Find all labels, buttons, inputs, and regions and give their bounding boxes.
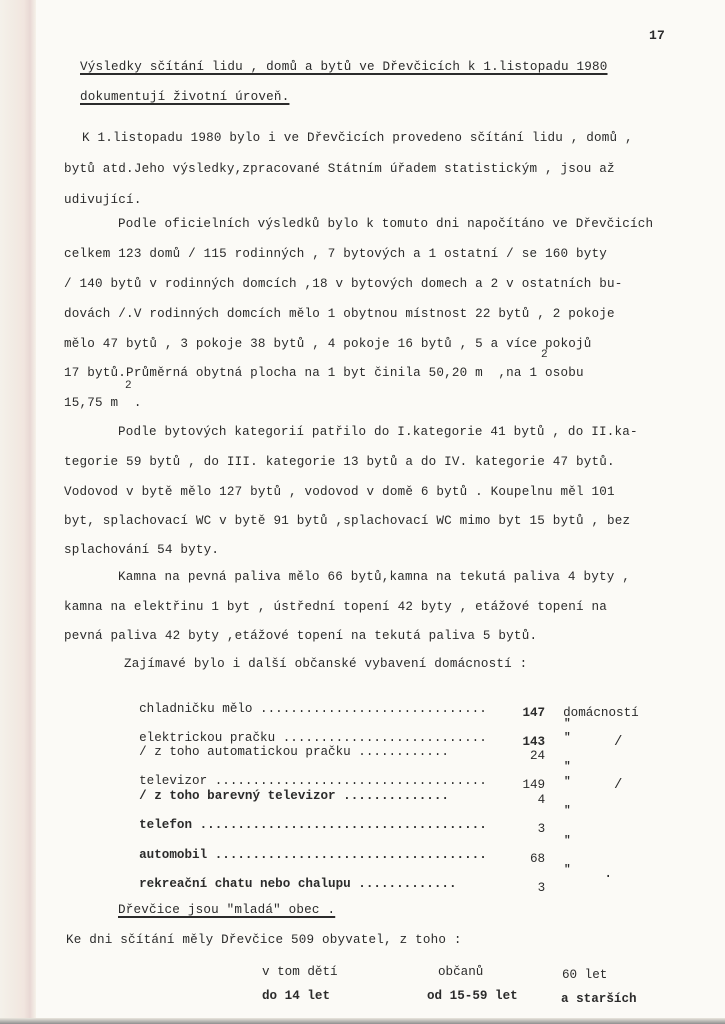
age-column-seniors-header: 60 let [562, 968, 607, 982]
equipment-row: rekreační chatu nebo chalupu ...........… [124, 863, 545, 895]
population-line: Ke dni sčítání měly Dřevčice 509 obyvate… [66, 933, 462, 947]
categories-line-1: Podle bytových kategorií patřilo do I.ka… [118, 425, 638, 439]
age-column-children-range: do 14 let [262, 989, 330, 1003]
page-number: 17 [649, 28, 665, 43]
equipment-row: telefon ................................… [124, 804, 545, 836]
housing-line-1: Podle oficielních výsledků bylo k tomuto… [118, 217, 653, 231]
equipment-label: chladničku mělo ........................… [139, 702, 511, 716]
equipment-label: telefon ................................… [139, 818, 511, 832]
categories-line-4: byt, splachovací WC v bytě 91 bytů ,spla… [64, 514, 630, 528]
housing-line-6: 17 bytů.Průměrná obytná plocha na 1 byt … [64, 366, 584, 380]
superscript-m2: 2 [125, 380, 132, 392]
ditto-mark: " [564, 776, 571, 788]
equipment-label: / z toho automatickou pračku ...........… [139, 745, 511, 759]
intro-line-3: udivující. [64, 193, 142, 207]
categories-line-2: tegorie 59 bytů , do III. kategorie 13 b… [64, 455, 615, 469]
age-column-adults-range: od 15-59 let [427, 989, 518, 1003]
housing-line-4: dovách /.V rodinných domcích mělo 1 obyt… [64, 307, 615, 321]
ditto-mark: " [564, 718, 571, 730]
superscript-m2: 2 [541, 349, 548, 361]
intro-line-1: K 1.listopadu 1980 bylo i ve Dřevčicích … [82, 131, 633, 145]
heating-line-2: kamna na elektřinu 1 byt , ústřední tope… [64, 600, 607, 614]
categories-line-3: Vodovod v bytě mělo 127 bytů , vodovod v… [64, 485, 615, 499]
equipment-row: automobil ..............................… [124, 834, 545, 866]
ditto-mark: " [564, 835, 571, 847]
closing-slash: / [614, 777, 622, 793]
categories-line-5: splachování 54 byty. [64, 543, 219, 557]
housing-line-7: 15,75 m . [64, 396, 142, 410]
heating-line-1: Kamna na pevná paliva mělo 66 bytů,kamna… [118, 570, 630, 584]
heating-line-3: pevná paliva 42 byty ,etážové topení na … [64, 629, 537, 643]
title-line-1: Výsledky sčítání lidu , domů a bytů ve D… [80, 60, 608, 74]
equipment-row: / z toho barevný televizor .............… [124, 775, 545, 807]
age-column-children-header: v tom dětí [262, 965, 338, 979]
housing-line-5: mělo 47 bytů , 3 pokoje 38 bytů , 4 poko… [64, 337, 592, 351]
ditto-mark: " [564, 864, 571, 876]
ditto-mark: " [564, 732, 571, 744]
equipment-row: / z toho automatickou pračku ...........… [124, 731, 545, 763]
equipment-intro: Zajímavé bylo i další občanské vybavení … [124, 657, 527, 671]
equipment-label: / z toho barevný televizor .............… [139, 789, 511, 803]
housing-line-3: / 140 bytů v rodinných domcích ,18 v byt… [64, 277, 623, 291]
equipment-label: automobil ..............................… [139, 848, 511, 862]
closing-dot: . [604, 866, 612, 882]
equipment-row: chladničku mělo ........................… [124, 688, 639, 720]
age-column-adults-header: občanů [438, 965, 483, 979]
ditto-mark: " [564, 805, 571, 817]
equipment-value: 3 [511, 881, 545, 895]
ditto-mark: " [564, 761, 571, 773]
age-column-seniors-range: a starších [561, 992, 637, 1006]
section-title-young-village: Dřevčice jsou "mladá" obec . [118, 903, 335, 917]
equipment-unit: domácností [563, 706, 639, 720]
page-bottom-edge [0, 1018, 725, 1024]
intro-line-2: bytů atd.Jeho výsledky,zpracované Státní… [64, 162, 615, 176]
page-edge-shadow [0, 0, 36, 1024]
housing-line-2: celkem 123 domů / 115 rodinných , 7 byto… [64, 247, 607, 261]
equipment-label: rekreační chatu nebo chalupu ...........… [139, 877, 511, 891]
title-line-2: dokumentují životní úroveň. [80, 90, 289, 104]
closing-slash: / [614, 734, 622, 750]
